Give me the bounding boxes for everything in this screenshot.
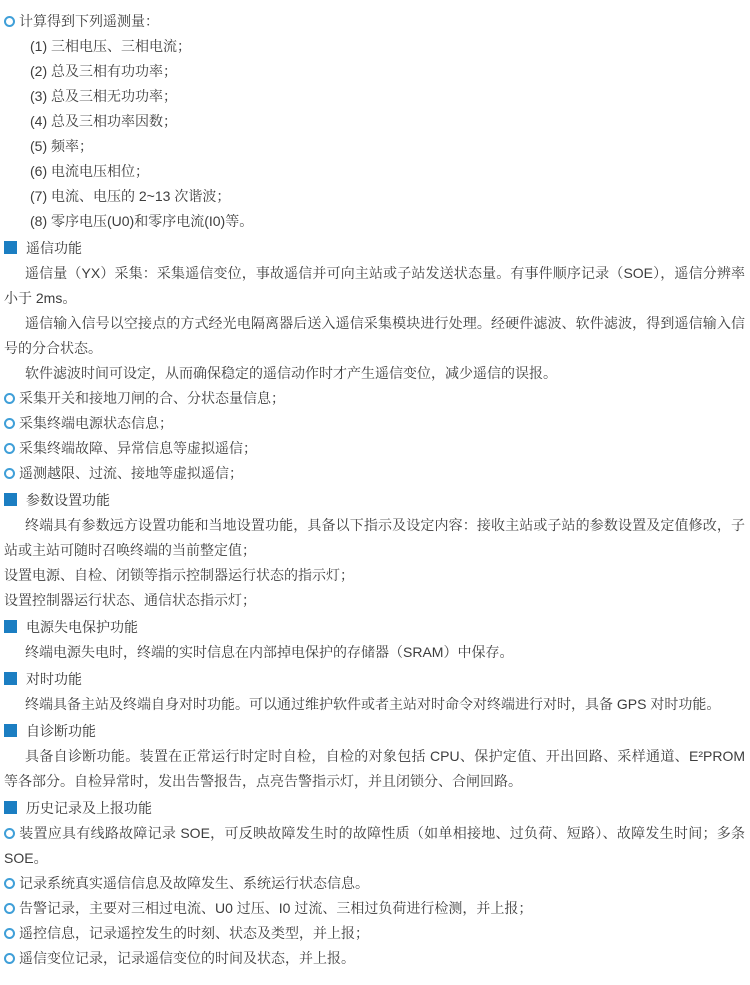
square-bullet-icon — [4, 620, 17, 633]
numbered-list-item: (5) 频率； — [4, 134, 745, 159]
numbered-item-text: (6) 电流电压相位； — [30, 163, 149, 179]
square-bullet-icon — [4, 241, 17, 254]
section-heading: 遥信功能 — [4, 236, 745, 261]
paragraph: 软件滤波时间可设定，从而确保稳定的遥信动作时才产生遥信变位，减少遥信的误报。 — [4, 361, 745, 386]
numbered-item-text: (8) 零序电压(U0)和零序电流(I0)等。 — [30, 213, 253, 229]
plain-line: 设置控制器运行状态、通信状态指示灯； — [4, 588, 745, 613]
list-item-text: 遥测越限、过流、接地等虚拟遥信； — [19, 465, 243, 481]
section-heading: 参数设置功能 — [4, 488, 745, 513]
bullet-list-item: 装置应具有线路故障记录 SOE，可反映故障发生时的故障性质（如单相接地、过负荷、… — [4, 821, 745, 871]
list-item-text: 采集终端故障、异常信息等虚拟遥信； — [19, 440, 257, 456]
list-item-text: 采集开关和接地刀闸的合、分状态量信息； — [19, 390, 285, 406]
numbered-item-text: (4) 总及三相功率因数； — [30, 113, 177, 129]
numbered-list-item: (2) 总及三相有功功率； — [4, 59, 745, 84]
paragraph: 遥信量（YX）采集：采集遥信变位，事故遥信并可向主站或子站发送状态量。有事件顺序… — [4, 261, 745, 311]
section-heading: 历史记录及上报功能 — [4, 796, 745, 821]
section-heading: 对时功能 — [4, 667, 745, 692]
circle-bullet-icon — [4, 443, 15, 454]
section-heading: 电源失电保护功能 — [4, 615, 745, 640]
list-item-text: 告警记录，主要对三相过电流、U0 过压、I0 过流、三相过负荷进行检测，并上报； — [19, 900, 532, 916]
bullet-list-item: 遥测越限、过流、接地等虚拟遥信； — [4, 461, 745, 486]
numbered-item-text: (7) 电流、电压的 2~13 次谐波； — [30, 188, 230, 204]
bullet-list-item: 计算得到下列遥测量： — [4, 9, 745, 34]
numbered-item-text: (3) 总及三相无功功率； — [30, 88, 177, 104]
circle-bullet-icon — [4, 16, 15, 27]
numbered-list-item: (8) 零序电压(U0)和零序电流(I0)等。 — [4, 209, 745, 234]
section-heading-text: 对时功能 — [26, 671, 82, 687]
numbered-list-item: (6) 电流电压相位； — [4, 159, 745, 184]
bullet-list-item: 告警记录，主要对三相过电流、U0 过压、I0 过流、三相过负荷进行检测，并上报； — [4, 896, 745, 921]
paragraph: 遥信输入信号以空接点的方式经光电隔离器后送入遥信采集模块进行处理。经硬件滤波、软… — [4, 311, 745, 361]
numbered-item-text: (2) 总及三相有功功率； — [30, 63, 177, 79]
numbered-list-item: (7) 电流、电压的 2~13 次谐波； — [4, 184, 745, 209]
square-bullet-icon — [4, 493, 17, 506]
list-item-text: 计算得到下列遥测量： — [19, 13, 159, 29]
square-bullet-icon — [4, 672, 17, 685]
numbered-item-text: (1) 三相电压、三相电流； — [30, 38, 191, 54]
numbered-item-text: (5) 频率； — [30, 138, 93, 154]
section-heading-text: 参数设置功能 — [26, 492, 110, 508]
circle-bullet-icon — [4, 468, 15, 479]
list-item-text: 采集终端电源状态信息； — [19, 415, 173, 431]
list-item-text: 遥信变位记录，记录遥信变位的时间及状态，并上报。 — [19, 950, 355, 966]
list-item-text: 装置应具有线路故障记录 SOE，可反映故障发生时的故障性质（如单相接地、过负荷、… — [4, 825, 745, 866]
section-heading-text: 遥信功能 — [26, 240, 82, 256]
section-heading: 自诊断功能 — [4, 719, 745, 744]
circle-bullet-icon — [4, 903, 15, 914]
section-heading-text: 自诊断功能 — [26, 723, 96, 739]
list-item-text: 遥控信息，记录遥控发生的时刻、状态及类型，并上报； — [19, 925, 369, 941]
list-item-text: 记录系统真实遥信信息及故障发生、系统运行状态信息。 — [19, 875, 369, 891]
paragraph: 具备自诊断功能。装置在正常运行时定时自检，自检的对象包括 CPU、保护定值、开出… — [4, 744, 745, 794]
document-page: 计算得到下列遥测量： (1) 三相电压、三相电流； (2) 总及三相有功功率； … — [0, 0, 750, 985]
numbered-list-item: (3) 总及三相无功功率； — [4, 84, 745, 109]
bullet-list-item: 遥信变位记录，记录遥信变位的时间及状态，并上报。 — [4, 946, 745, 971]
square-bullet-icon — [4, 724, 17, 737]
circle-bullet-icon — [4, 878, 15, 889]
circle-bullet-icon — [4, 953, 15, 964]
bullet-list-item: 遥控信息，记录遥控发生的时刻、状态及类型，并上报； — [4, 921, 745, 946]
numbered-list-item: (1) 三相电压、三相电流； — [4, 34, 745, 59]
circle-bullet-icon — [4, 828, 15, 839]
circle-bullet-icon — [4, 393, 15, 404]
bullet-list-item: 采集终端故障、异常信息等虚拟遥信； — [4, 436, 745, 461]
paragraph: 终端具备主站及终端自身对时功能。可以通过维护软件或者主站对时命令对终端进行对时，… — [4, 692, 745, 717]
paragraph: 终端具有参数远方设置功能和当地设置功能，具备以下指示及设定内容：接收主站或子站的… — [4, 513, 745, 563]
paragraph: 终端电源失电时，终端的实时信息在内部掉电保护的存储器（SRAM）中保存。 — [4, 640, 745, 665]
section-heading-text: 历史记录及上报功能 — [26, 800, 152, 816]
bullet-list-item: 记录系统真实遥信信息及故障发生、系统运行状态信息。 — [4, 871, 745, 896]
circle-bullet-icon — [4, 928, 15, 939]
square-bullet-icon — [4, 801, 17, 814]
plain-line: 设置电源、自检、闭锁等指示控制器运行状态的指示灯； — [4, 563, 745, 588]
bullet-list-item: 采集开关和接地刀闸的合、分状态量信息； — [4, 386, 745, 411]
bullet-list-item: 采集终端电源状态信息； — [4, 411, 745, 436]
numbered-list-item: (4) 总及三相功率因数； — [4, 109, 745, 134]
circle-bullet-icon — [4, 418, 15, 429]
section-heading-text: 电源失电保护功能 — [26, 619, 138, 635]
